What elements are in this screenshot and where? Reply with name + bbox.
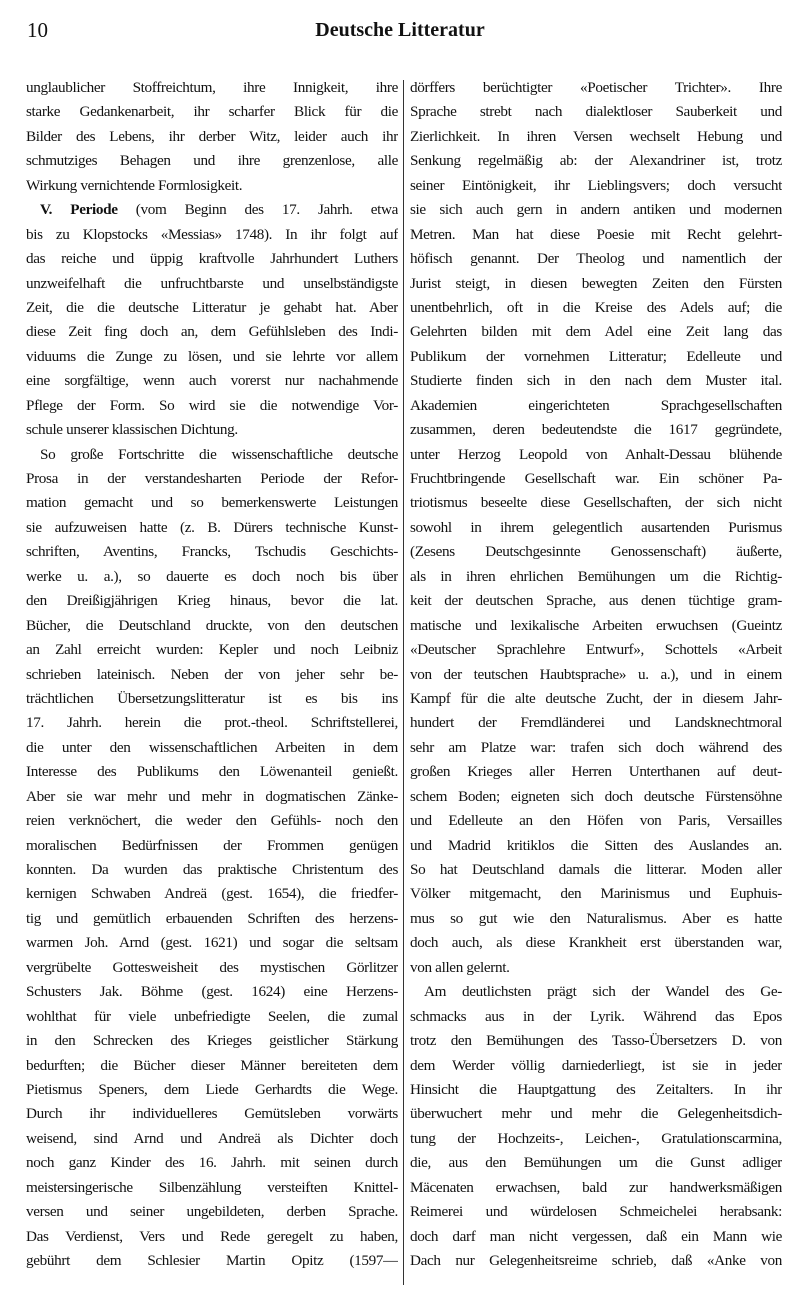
text-line: Zeit, die die deutsche Litteratur je geh… [26,296,398,320]
text-line: schmacks aus in der Lyrik. Während das E… [410,1005,782,1029]
text-line: Durch ihr individuelleres Gemütsleben vo… [26,1102,398,1126]
text-line: werke u. a.), so dauerte es doch noch bi… [26,565,398,589]
text-line: Aber sie war mehr und mehr in dogmatisch… [26,785,398,809]
text-line: Metren. Man hat diese Poesie mit Recht g… [410,223,782,247]
text-line: Senkung regelmäßig ab: der Alexandriner … [410,149,782,173]
text-line: Zierlichkeit. In ihren Versen wechselt H… [410,125,782,149]
text-line: von der teutschen Haubtsprache» u. a.), … [410,663,782,687]
text-line: 17. Jahrh. herein die prot.-theol. Schri… [26,711,398,735]
text-line: vergrübelte Gottesweisheit des mystische… [26,956,398,980]
text-line: schem Boden; eigneten sich doch deutsche… [410,785,782,809]
text-line: Hinsicht die Hauptgattung des Zeitalters… [410,1078,782,1102]
text-line: sehr am Platze war: trafen sich doch wäh… [410,736,782,760]
text-line: Das Verdienst, Vers und Rede geregelt zu… [26,1225,398,1249]
text-line: unentbehrlich, oft in die Kreise des Ade… [410,296,782,320]
text-line: moralischen Bedürfnissen der Frommen gen… [26,834,398,858]
text-line: sie sich auch gern in andern antiken und… [410,198,782,222]
text-line: seiner Eintönigkeit, ihr Lieblingsvers; … [410,174,782,198]
text-line: bis zu Klopstocks «Messias» 1748). In ih… [26,223,398,247]
text-line: unter Herzog Leopold von Anhalt-Dessau b… [410,443,782,467]
text-line: Reimerei und würdelosen Schmeichelei her… [410,1200,782,1224]
text-line: viduums die Zunge zu lösen, und sie lehr… [26,345,398,369]
text-line: Kampf für die alte deutsche Zucht, der i… [410,687,782,711]
text-line: kernigen Schwaben Andreä (gest. 1654), d… [26,882,398,906]
text-line: Publikum der vornehmen Litteratur; Edell… [410,345,782,369]
text-line: und Edelleute an den Höfen von Paris, Ve… [410,809,782,833]
text-line: trotz den Bemühungen des Tasso-Übersetze… [410,1029,782,1053]
text-line: unzweifelhaft die unfruchtbarste und uns… [26,272,398,296]
text-line: Gelehrten bilden mit dem Adel eine Zeit … [410,320,782,344]
text-line: Akademien eingerichteten Sprachgesellsch… [410,394,782,418]
text-line: zusammen, deren bedeutendste die 1617 ge… [410,418,782,442]
text-line: tig und gemütlich erbauenden Schriften d… [26,907,398,931]
text-line: tung der Hochzeits-, Leichen-, Gratulati… [410,1127,782,1151]
text-line: und Madrid kritiklos die Sitten des Ausl… [410,834,782,858]
text-line: «Deutscher Sprachlehre Entwurf», Schotte… [410,638,782,662]
text-line: schule unserer klassischen Dichtung. [26,418,398,442]
text-line: noch ganz Kinder des 16. Jahrh. mit sein… [26,1151,398,1175]
text-line: versen und seiner ungebildeten, derben S… [26,1200,398,1224]
text-line: Sprache strebt nach dialektloser Sauberk… [410,100,782,124]
text-line: Schusters Jak. Böhme (gest. 1624) eine H… [26,980,398,1004]
text-line: Mäcenaten erwachsen, bald zur handwerksm… [410,1176,782,1200]
text-line: (Zesens Deutschgesinnte Genossenschaft) … [410,540,782,564]
text-line: eine sorgfältige, wenn auch vorerst nur … [26,369,398,393]
text-line: dörffers berüchtigter «Poetischer Tricht… [410,76,782,100]
text-line: Pflege der Form. So wird sie die notwend… [26,394,398,418]
text-line: matische und lexikalische Arbeiten erwuc… [410,614,782,638]
text-line: bedurften; die Bücher dieser Männer bere… [26,1054,398,1078]
text-line: keit der deutschen Sprache, aus denen tü… [410,589,782,613]
text-line: dem Werder völlig darniederliegt, ist si… [410,1054,782,1078]
text-line: Jurist steigt, in diesen bewegten Zeiten… [410,272,782,296]
text-line: So hat Deutschland damals die litterar. … [410,858,782,882]
text-line: Studierte finden sich in den nach dem Mu… [410,369,782,393]
text-line: doch darf man nicht vergessen, daß ein M… [410,1225,782,1249]
text-line: die unter den wissenschaftlichen Arbeite… [26,736,398,760]
running-title: Deutsche Litteratur [0,14,800,46]
text-line: schmutziges Behagen und ihre grenzenlose… [26,149,398,173]
right-column: dörffers berüchtigter «Poetischer Tricht… [410,76,782,1273]
text-line: Pietismus Speners, dem Liede Gerhardts d… [26,1078,398,1102]
text-line: V. Periode (vom Beginn des 17. Jahrh. et… [26,198,398,222]
text-line: mus so gut wie den Naturalismus. Aber es… [410,907,782,931]
text-line: das reiche und üppig kraftvolle Jahrhund… [26,247,398,271]
text-line: Bücher, die Deutschland druckte, von den… [26,614,398,638]
text-line: doch auch, als diese Krankheit erst über… [410,931,782,955]
text-line: warmen Joh. Arnd (gest. 1621) und sogar … [26,931,398,955]
text-line: in den Schrecken des Krieges geistlicher… [26,1029,398,1053]
section-heading: V. Periode [40,201,118,218]
text-line: triotismus beseelte diese Gesellschaften… [410,491,782,515]
text-line: überwuchert mehr und mehr die Gelegenhei… [410,1102,782,1126]
text-line: die, aus den Bemühungen um die Gunst adl… [410,1151,782,1175]
text-line: diese Zeit fing doch an, dem Gefühlslebe… [26,320,398,344]
text-line: sowohl in ihrem gelegentlich ausartenden… [410,516,782,540]
text-line: großen Krieges aller Herren Unterthanen … [410,760,782,784]
text-line: hundert der Fremdländerei und Landsknech… [410,711,782,735]
text-line: mation gemacht und so bemerkenswerte Lei… [26,491,398,515]
text-line: an Zahl erreicht wurden: Kepler und noch… [26,638,398,662]
text-line: den Dreißigjährigen Krieg hinaus, bevor … [26,589,398,613]
text-line: wohlthat für viele unbefriedigte Seelen,… [26,1005,398,1029]
page-header: 10 Deutsche Litteratur [0,14,800,46]
text-line: Prosa in der verstandesharten Periode de… [26,467,398,491]
left-column: unglaublicher Stoffreichtum, ihre Innigk… [26,76,398,1273]
text-line: Völker mitgemacht, den Marinismus und Eu… [410,882,782,906]
text-line: schrieben lateinisch. Neben der von jehe… [26,663,398,687]
text-line: unglaublicher Stoffreichtum, ihre Innigk… [26,76,398,100]
text-line: weisend, sind Arnd und Andreä als Dichte… [26,1127,398,1151]
text-line: starke Gedankenarbeit, ihr scharfer Blic… [26,100,398,124]
text-line: Interesse des Publikums den Löwenanteil … [26,760,398,784]
text-line: Am deutlichsten prägt sich der Wandel de… [410,980,782,1004]
text-line: trächtlichen Übersetzungslitteratur ist … [26,687,398,711]
text-line: Dach nur Gelegenheitsreime schrieb, daß … [410,1249,782,1273]
text-line: Fruchtbringende Gesellschaft war. Ein sc… [410,467,782,491]
text-line: reien verknöchert, die weder den Gefühls… [26,809,398,833]
text-line: höfisch genannt. Der Theolog und namentl… [410,247,782,271]
text-line: gebührt dem Schlesier Martin Opitz (1597… [26,1249,398,1273]
text-line: meistersingerische Silbenzählung verstei… [26,1176,398,1200]
text-line: sie aufzuweisen hatte (z. B. Dürers tech… [26,516,398,540]
text-line: Bilder des Lebens, ihr derber Witz, leid… [26,125,398,149]
text-line: Wirkung vernichtende Formlosigkeit. [26,174,398,198]
text-line: von allen gelernt. [410,956,782,980]
text-line: schriften, Aventins, Francks, Tschudis G… [26,540,398,564]
text-line: So große Fortschritte die wissenschaftli… [26,443,398,467]
column-divider [403,80,404,1285]
text-line: konnten. Da wurden das praktische Christ… [26,858,398,882]
text-line: als in ihren ehrlichen Bemühungen um die… [410,565,782,589]
